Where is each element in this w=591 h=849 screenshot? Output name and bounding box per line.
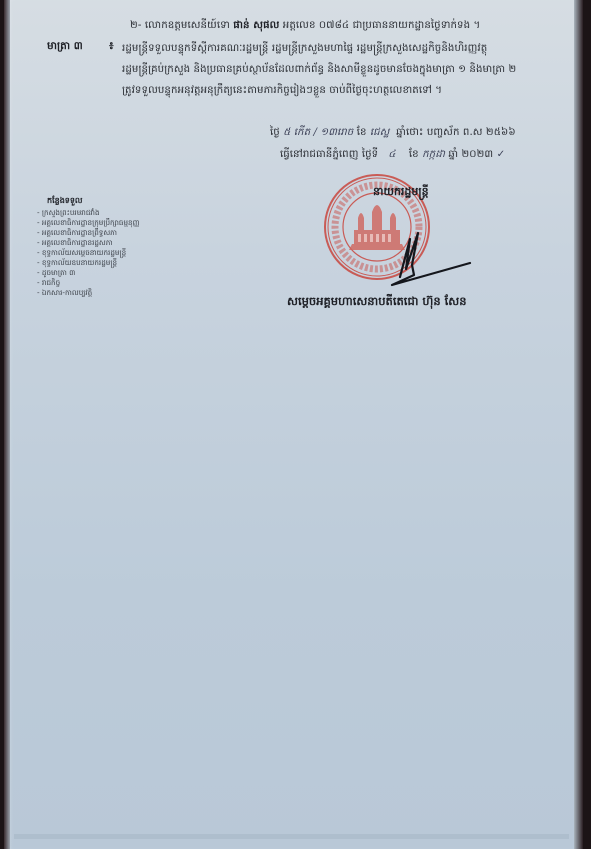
- check-mark-icon: ✓: [497, 149, 506, 160]
- article-3-label: មាត្រា ៣: [47, 40, 83, 55]
- page-edge-right: [574, 0, 583, 849]
- solar-date-day: ៤: [388, 149, 395, 160]
- clause-2: ២- លោកឧត្តមសេនីយ៍ទោ ផាន់ សុផល អត្តលេខ ០៧…: [130, 18, 480, 33]
- clause-2-name: ផាន់ សុផល: [233, 20, 279, 31]
- article-3-colon: ៖: [109, 40, 114, 55]
- lunar-year: ឆ្នាំថោះ បញ្ចស័ក ព.ស ២៥៦៦: [396, 127, 516, 138]
- clause-2-rest: អត្តលេខ ០៧៨៤ ជាប្រធាននាយកដ្ឋានថ្ងៃទាក់ទង…: [283, 20, 481, 31]
- article-3-line-3: ត្រូវទទួលបន្ទុកអនុវត្តអនុក្រឹត្យនេះតាមភា…: [122, 83, 442, 98]
- list-item: - ខុទ្ទកាល័យឧបនាយករដ្ឋមន្ត្រី: [37, 258, 139, 268]
- list-item: - ក្រសួងព្រះបរមរាជវាំង: [37, 208, 139, 218]
- lunar-date-day: ៥ កើត / ១៣រោច: [283, 127, 353, 138]
- copy-recipients: កន្លែងទទួល - ក្រសួងព្រះបរមរាជវាំង - អគ្គ…: [37, 196, 139, 298]
- lunar-date: ថ្ងៃ ៥ កើត / ១៣រោច ខែ ជេស្ឋ ឆ្នាំថោះ បញ្…: [270, 125, 516, 140]
- solar-year: ឆ្នាំ ២០២៣: [448, 149, 493, 160]
- signer-name: សម្តេចអគ្គមហាសេនាបតីតេជោ ហ៊ុន សែន: [287, 294, 467, 311]
- list-item: - ខុទ្ទកាល័យសម្តេចនាយករដ្ឋមន្ត្រី: [37, 248, 139, 258]
- clause-2-title: ២- លោកឧត្តមសេនីយ៍ទោ: [130, 20, 230, 31]
- list-item: - ឯកសារ-កាលប្បវត្តិ: [37, 288, 139, 298]
- solar-date-prefix: ធ្វើនៅរាជធានីភ្នំពេញ ថ្ងៃទី: [280, 149, 378, 160]
- signature-icon: [384, 225, 474, 290]
- list-item: - អគ្គលេខាធិការដ្ឋានក្រុមប្រឹក្សាធម្មនុញ…: [37, 218, 139, 228]
- page-bottom-band: [14, 834, 569, 839]
- list-item: - អគ្គលេខាធិការដ្ឋានរដ្ឋសភា: [37, 238, 139, 248]
- list-item: - ដូចមាត្រា ៣: [37, 268, 139, 278]
- lunar-date-prefix: ថ្ងៃ: [270, 127, 280, 138]
- lunar-month: ជេស្ឋ: [370, 127, 390, 138]
- copy-recipients-title: កន្លែងទទួល: [47, 196, 139, 206]
- page-edge-left: [4, 0, 10, 849]
- signature-title: នាយករដ្ឋមន្ត្រី: [373, 185, 429, 201]
- list-item: - អគ្គលេខាធិការដ្ឋានព្រឹទ្ធសភា: [37, 228, 139, 238]
- document-page: ២- លោកឧត្តមសេនីយ៍ទោ ផាន់ សុផល អត្តលេខ ០៧…: [4, 0, 583, 849]
- solar-month: កក្កដា: [422, 149, 445, 160]
- solar-month-label: ខែ: [409, 149, 419, 160]
- list-item: - រាជកិច្ច: [37, 278, 139, 288]
- solar-date: ធ្វើនៅរាជធានីភ្នំពេញ ថ្ងៃទី ៤ ខែ កក្កដា …: [280, 147, 505, 162]
- article-3-line-2: រដ្ឋមន្ត្រីគ្រប់ក្រសួង និងប្រធានគ្រប់ស្ថ…: [122, 62, 516, 77]
- article-3-line-1: រដ្ឋមន្ត្រីទទួលបន្ទុកទីស្តីការគណៈរដ្ឋមន្…: [122, 41, 487, 56]
- lunar-month-label: ខែ: [357, 127, 367, 138]
